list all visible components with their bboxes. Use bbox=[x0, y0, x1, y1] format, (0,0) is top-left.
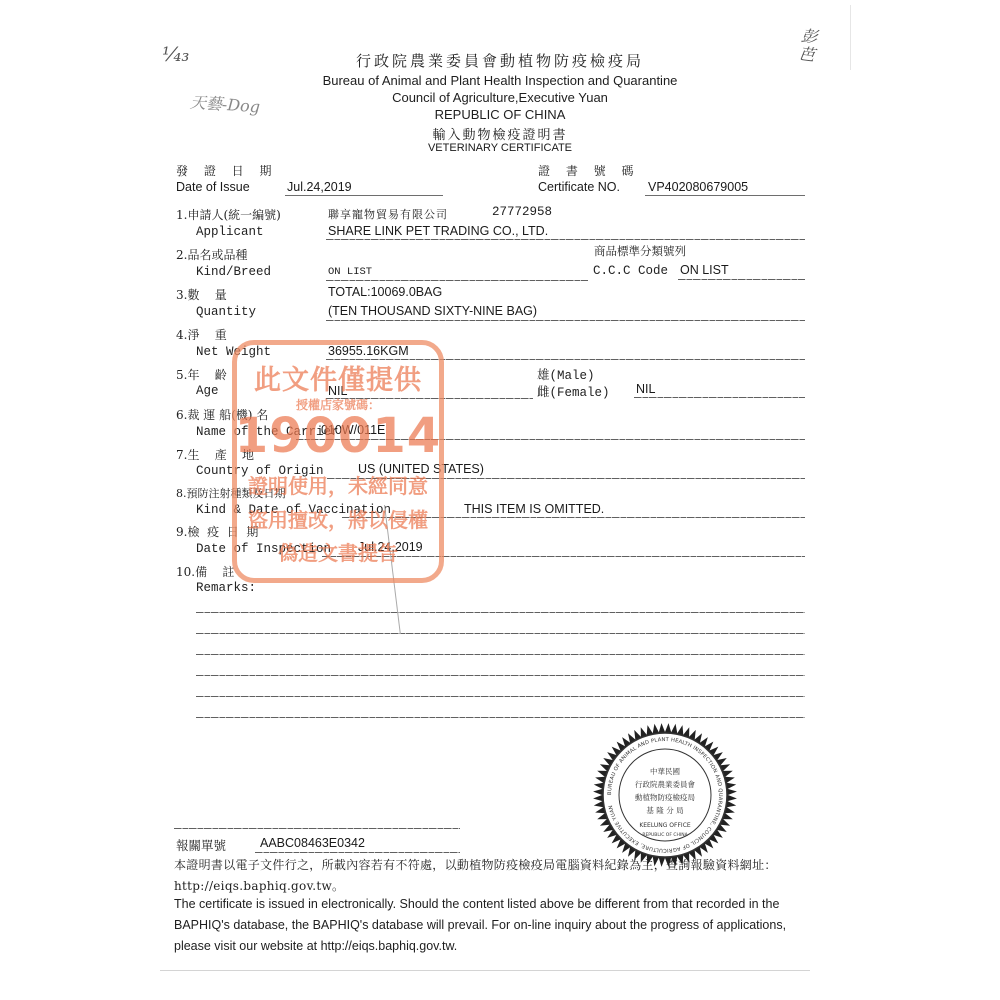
date-of-issue-value: Jul.24,2019 bbox=[287, 180, 352, 194]
age-label: Age bbox=[196, 384, 219, 398]
net-weight-value: 36955.16KGM bbox=[328, 344, 409, 358]
svg-text:行政院農業委員會: 行政院農業委員會 bbox=[635, 779, 695, 789]
svg-text:基 隆 分 局: 基 隆 分 局 bbox=[646, 805, 683, 815]
net-weight-label-cjk: 4.淨 重 bbox=[176, 326, 227, 343]
kind-value: ON LIST bbox=[328, 266, 372, 278]
watermark-line-1: 此文件僅提供 bbox=[232, 358, 444, 397]
remarks-line bbox=[196, 717, 805, 718]
applicant-tax-id: 27772958 bbox=[492, 205, 552, 219]
certificate-no-value: VP402080679005 bbox=[648, 180, 748, 194]
female-value: NIL bbox=[636, 382, 655, 396]
svg-text:中華民國: 中華民國 bbox=[650, 766, 680, 776]
remarks-line bbox=[196, 612, 805, 613]
remarks-line bbox=[196, 696, 805, 697]
document-title-cjk: 輸入動物檢疫證明書 bbox=[0, 124, 1000, 143]
svg-text:REPUBLIC OF CHINA: REPUBLIC OF CHINA bbox=[642, 832, 688, 838]
kind-label-cjk: 2.品名或品種 bbox=[176, 246, 247, 263]
net-weight-label: Net Weight bbox=[196, 345, 271, 359]
applicant-label: Applicant bbox=[196, 225, 264, 239]
svg-text:KEELUNG OFFICE: KEELUNG OFFICE bbox=[639, 822, 691, 829]
svg-text:動植物防疫檢疫局: 動植物防疫檢疫局 bbox=[635, 792, 695, 802]
notice-cjk: 本證明書以電子文件行之，所載內容若有不符處，以動植物防疫檢疫局電腦資料紀錄為主，… bbox=[174, 855, 814, 897]
notice-en: The certificate is issued in electronica… bbox=[174, 894, 814, 957]
remarks-label: Remarks: bbox=[196, 581, 256, 595]
watermark-line-6: 偽造文書提告 bbox=[232, 537, 444, 566]
ccc-label-cjk: 商品標準分類號列 bbox=[594, 243, 686, 259]
quantity-total: TOTAL:10069.0BAG bbox=[328, 285, 442, 299]
applicant-value: SHARE LINK PET TRADING CO., LTD. bbox=[328, 224, 548, 238]
female-label: 雌(Female) bbox=[537, 382, 610, 400]
declaration-no-label-cjk: 報關單號 bbox=[176, 836, 226, 854]
remarks-line bbox=[196, 633, 805, 634]
country-title: REPUBLIC OF CHINA bbox=[0, 107, 1000, 122]
date-of-issue-label: Date of Issue bbox=[176, 180, 250, 194]
ccc-code-value: ON LIST bbox=[680, 263, 729, 277]
quantity-label: Quantity bbox=[196, 305, 256, 319]
applicant-name-cjk: 聯享寵物貿易有限公司 bbox=[328, 206, 448, 222]
watermark-store-number: 190014 bbox=[232, 408, 444, 464]
remarks-label-cjk: 10.備 註 bbox=[176, 563, 234, 580]
certificate-no-label-cjk: 證 書 號 碼 bbox=[538, 162, 639, 179]
ccc-code-label: C.C.C Code bbox=[593, 264, 668, 278]
declaration-no-value: AABC08463E0342 bbox=[260, 836, 365, 850]
date-of-issue-label-cjk: 發 證 日 期 bbox=[176, 162, 277, 179]
certificate-no-label: Certificate NO. bbox=[538, 180, 620, 194]
kind-label: Kind/Breed bbox=[196, 265, 271, 279]
official-seal: BUREAU OF ANIMAL AND PLANT HEALTH INSPEC… bbox=[590, 720, 740, 870]
remarks-line bbox=[196, 654, 805, 655]
vaccination-value: THIS ITEM IS OMITTED. bbox=[464, 502, 604, 516]
watermark-line-5: 盜用擅改，將以侵權 bbox=[232, 504, 444, 533]
agency-title-en: Bureau of Animal and Plant Health Inspec… bbox=[0, 73, 1000, 88]
applicant-label-cjk: 1.申請人(統一編號) bbox=[176, 206, 281, 223]
male-label: 雄(Male) bbox=[537, 365, 595, 383]
remarks-line bbox=[196, 675, 805, 676]
agency-title-cjk: 行政院農業委員會動植物防疫檢疫局 bbox=[0, 50, 1000, 71]
age-label-cjk: 5.年 齡 bbox=[176, 366, 227, 383]
document-title-en: VETERINARY CERTIFICATE bbox=[0, 142, 1000, 154]
quantity-label-cjk: 3.數 量 bbox=[176, 286, 227, 303]
council-title: Council of Agriculture,Executive Yuan bbox=[0, 90, 1000, 105]
watermark-line-4: 證明使用，未經同意 bbox=[232, 470, 444, 499]
quantity-words: (TEN THOUSAND SIXTY-NINE BAG) bbox=[328, 304, 537, 318]
